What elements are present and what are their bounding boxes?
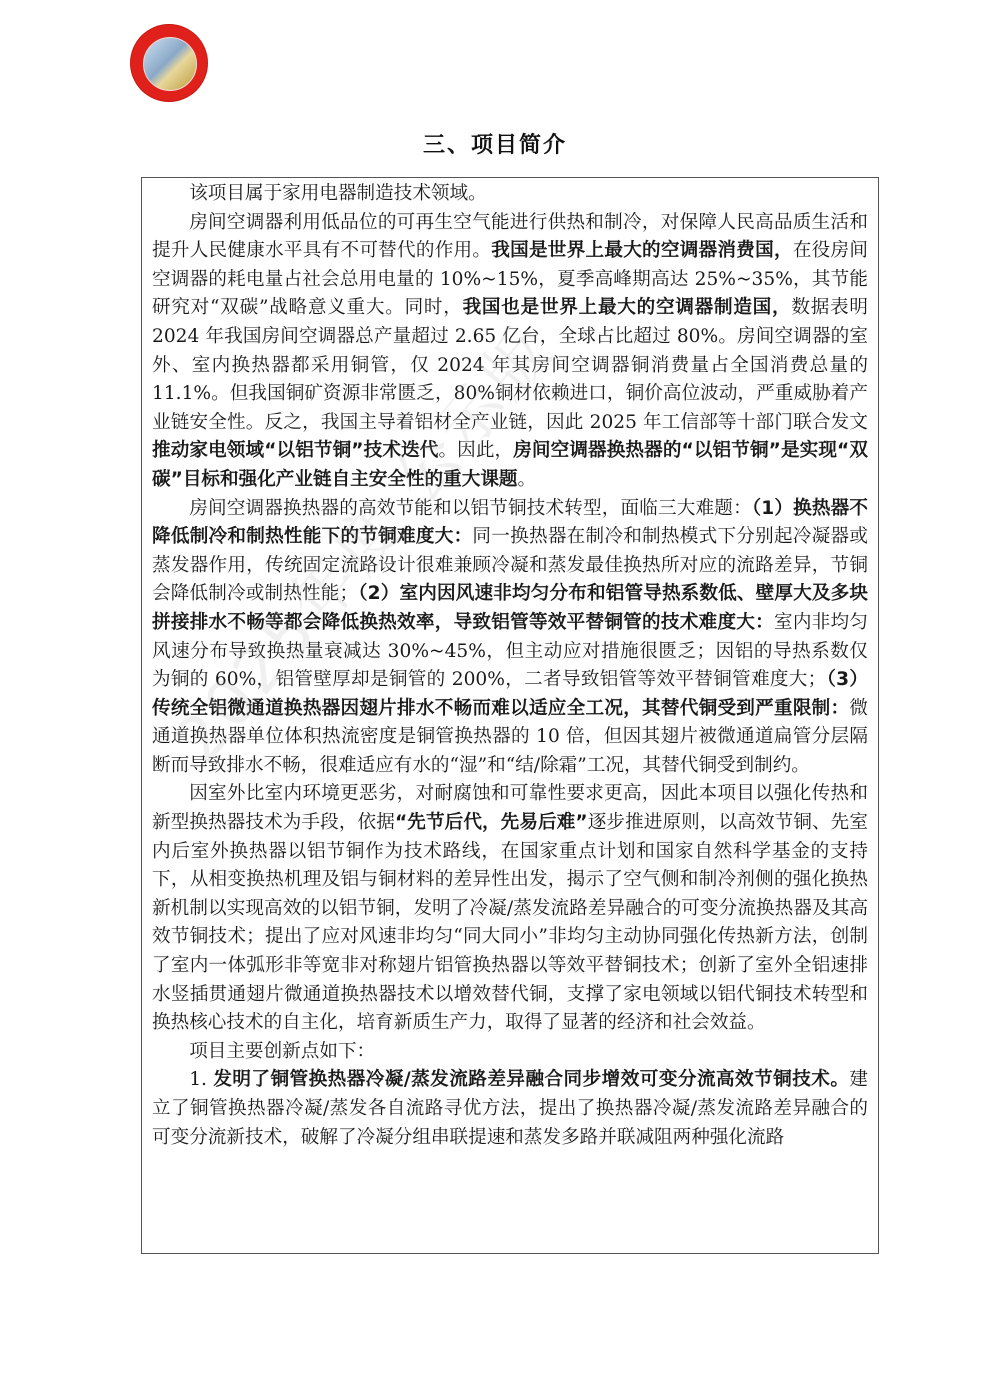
- body-text: 该项目属于家用电器制造技术领域。: [189, 183, 487, 204]
- project-summary-text: 该项目属于家用电器制造技术领域。房间空调器利用低品位的可再生空气能进行供热和制冷…: [142, 178, 878, 1152]
- paragraph: 该项目属于家用电器制造技术领域。: [152, 180, 868, 209]
- emphasis-text: 我国是世界上最大的空调器消费国，: [491, 240, 793, 261]
- project-summary-box: 该项目属于家用电器制造技术领域。房间空调器利用低品位的可再生空气能进行供热和制冷…: [141, 177, 879, 1254]
- body-text: 。: [518, 469, 537, 490]
- body-text: 。因此，: [438, 440, 513, 461]
- paragraph: 1. 发明了铜管换热器冷凝/蒸发流路差异融合同步增效可变分流高效节铜技术。建立了…: [152, 1066, 868, 1152]
- section-title: 三、项目简介: [0, 128, 990, 159]
- body-text: 1.: [189, 1069, 213, 1090]
- paragraph: 项目主要创新点如下：: [152, 1038, 868, 1067]
- seal-emblem-icon: [143, 37, 197, 91]
- emphasis-text: “先节后代，先易后难”: [395, 812, 588, 833]
- emphasis-text: 我国也是世界上最大的空调器制造国，: [463, 297, 792, 318]
- body-text: 房间空调器换热器的高效节能和以铝节铜技术转型，面临三大难题：: [189, 498, 752, 519]
- emphasis-text: 推动家电领域“以铝节铜”技术迭代: [152, 440, 438, 461]
- emphasis-text: 发明了铜管换热器冷凝/蒸发流路差异融合同步增效可变分流高效节铜技术。: [213, 1069, 849, 1090]
- paragraph: 房间空调器换热器的高效节能和以铝节铜技术转型，面临三大难题：（1）换热器不降低制…: [152, 495, 868, 781]
- organization-seal-logo: [131, 25, 207, 101]
- paragraph: 因室外比室内环境更恶劣，对耐腐蚀和可靠性要求更高，因此本项目以强化传热和新型换热…: [152, 780, 868, 1037]
- body-text: 逐步推进原则，以高效节铜、先室内后室外换热器以铝节铜作为技术路线，在国家重点计划…: [152, 812, 868, 1033]
- paragraph: 房间空调器利用低品位的可再生空气能进行供热和制冷，对保障人民高品质生活和提升人民…: [152, 209, 868, 495]
- body-text: 项目主要创新点如下：: [189, 1041, 375, 1062]
